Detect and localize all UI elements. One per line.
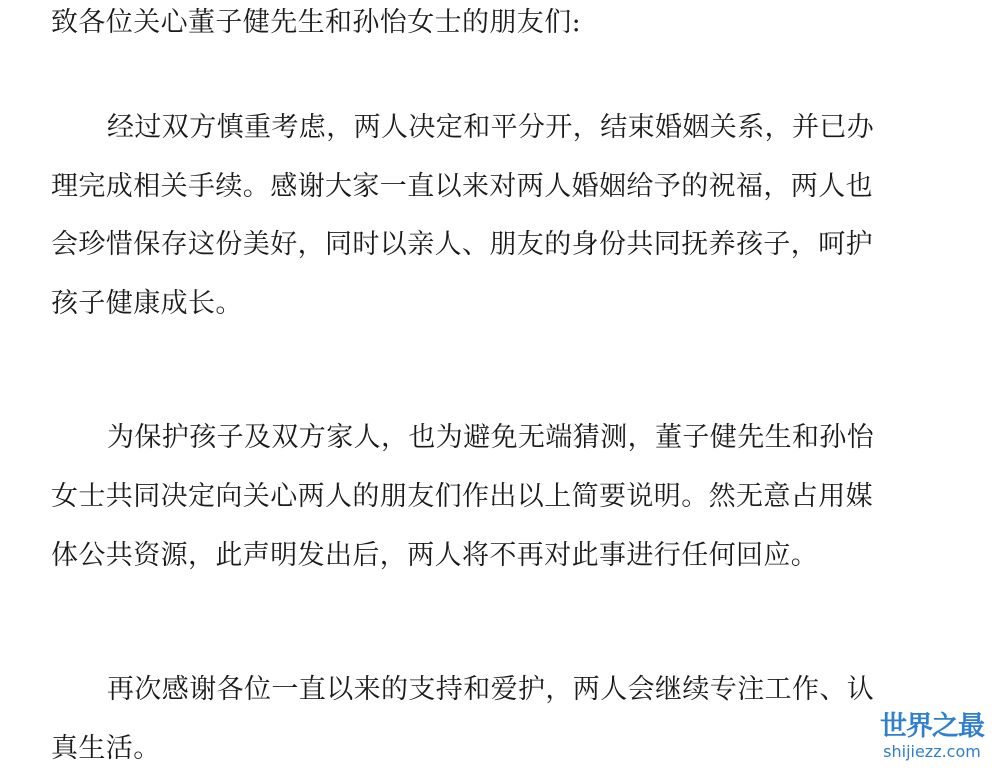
salutation: 致各位关心董子健先生和孙怡女士的朋友们: <box>51 5 581 41</box>
watermark-url: shijiezz.com <box>872 742 992 762</box>
paragraph-line: 孩子健康成长。 <box>51 286 243 322</box>
paragraph-line: 真生活。 <box>51 731 161 767</box>
paragraph-line: 再次感谢各位一直以来的支持和爱护，两人会继续专注工作、认 <box>107 672 874 708</box>
paragraph-line: 体公共资源，此声明发出后，两人将不再对此事进行任何回应。 <box>51 538 818 574</box>
paragraph-line: 为保护孩子及双方家人，也为避免无端猜测，董子健先生和孙怡 <box>107 420 874 456</box>
paragraph-line: 会珍惜保存这份美好，同时以亲人、朋友的身份共同抚养孩子，呵护 <box>51 227 873 263</box>
paragraph-line: 经过双方慎重考虑，两人决定和平分开，结束婚姻关系，并已办 <box>107 110 874 146</box>
watermark-logo: 世界之最 shijiezz.com <box>872 712 992 762</box>
paragraph-line: 理完成相关手续。感谢大家一直以来对两人婚姻给予的祝福，两人也 <box>51 169 873 205</box>
paragraph-line: 女士共同决定向关心两人的朋友们作出以上简要说明。然无意占用媒 <box>51 479 873 515</box>
watermark-title: 世界之最 <box>872 712 992 742</box>
statement-document: 致各位关心董子健先生和孙怡女士的朋友们: 经过双方慎重考虑，两人决定和平分开，结… <box>0 0 1000 772</box>
